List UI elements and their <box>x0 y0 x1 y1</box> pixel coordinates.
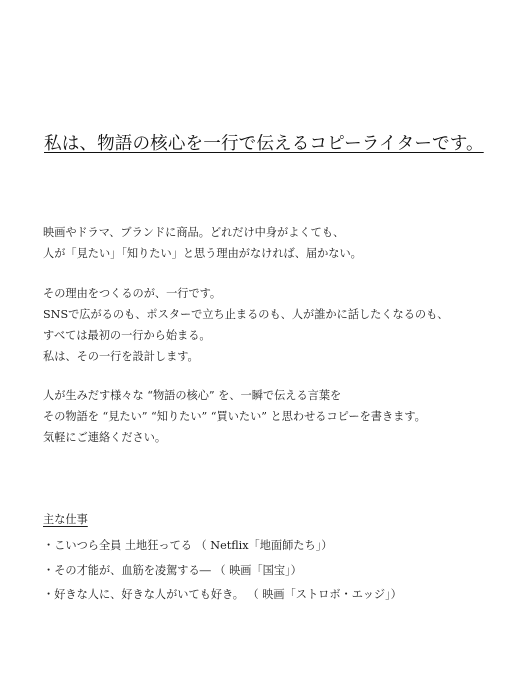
paragraph-line: その理由をつくるのが、一行です。 <box>43 283 449 304</box>
reason-paragraph: その理由をつくるのが、一行です。 SNSで広がるのも、ポスターで立ち止まるのも、… <box>43 283 449 367</box>
paragraph-line: 人が生みだす様々な “物語の核心” を、一瞬で伝える言葉を <box>43 385 426 406</box>
page-title: 私は、物語の核心を一行で伝えるコピーライターです。 <box>44 133 464 155</box>
paragraph-line: その物語を “見たい” “知りたい” “買いたい” と思わせるコピーを書きます。 <box>43 406 426 427</box>
paragraph-line: 気軽にご連絡ください。 <box>43 427 426 448</box>
paragraph-line: SNSで広がるのも、ポスターで立ち止まるのも、人が誰かに話したくなるのも、 <box>43 304 449 325</box>
paragraph-line: 人が「見たい」「知りたい」と思う理由がなければ、届かない。 <box>43 243 362 264</box>
page: 私は、物語の核心を一行で伝えるコピーライターです。 映画やドラマ、ブランドに商品… <box>0 0 508 677</box>
works-item: ・こいつら全員 土地狂ってる （ Netflix「地面師たち」） <box>43 536 402 561</box>
paragraph-line: 私は、その一行を設計します。 <box>43 346 449 367</box>
works-item: ・その才能が、血筋を凌駕する― （ 映画「国宝」） <box>43 561 402 586</box>
contact-paragraph: 人が生みだす様々な “物語の核心” を、一瞬で伝える言葉を その物語を “見たい… <box>43 385 426 448</box>
paragraph-line: 映画やドラマ、ブランドに商品。どれだけ中身がよくても、 <box>43 222 362 243</box>
paragraph-line: すべては最初の一行から始まる。 <box>43 325 449 346</box>
works-item: ・好きな人に、好きな人がいても好き。 （ 映画「ストロボ・エッジ」） <box>43 585 402 610</box>
intro-paragraph: 映画やドラマ、ブランドに商品。どれだけ中身がよくても、 人が「見たい」「知りたい… <box>43 222 362 264</box>
works-heading: 主な仕事 <box>43 510 88 530</box>
works-list: ・こいつら全員 土地狂ってる （ Netflix「地面師たち」） ・その才能が、… <box>43 536 402 610</box>
